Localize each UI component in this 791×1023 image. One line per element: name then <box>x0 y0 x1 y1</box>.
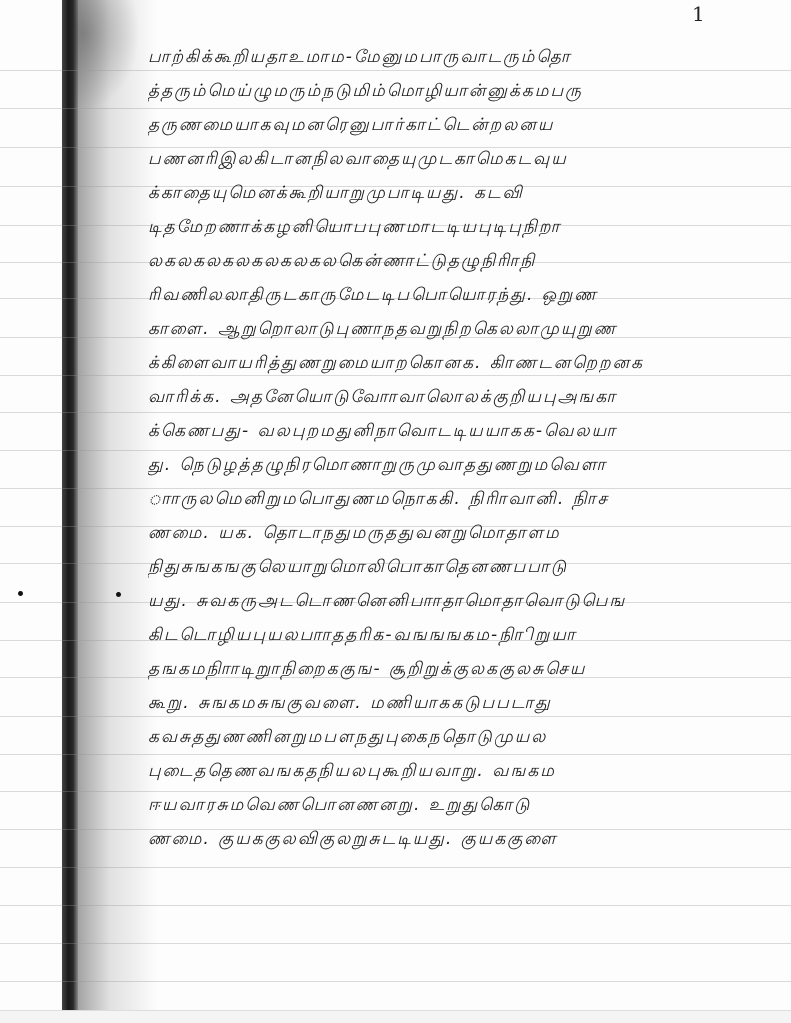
text-line: த்தரும்மெய்ழுமரும்நடுமிம்மொழியான்னுக்கமப… <box>148 74 778 108</box>
text-line: நிதுசுஙகஙகுலெயாறுமொலிபொகாதெனணபபாடு <box>148 550 778 584</box>
ruled-line <box>0 905 791 906</box>
handwritten-text-block: பாற்கிக்கூறியதாஉமாம-மேனுமபாருவாடரும்தொ த… <box>148 40 778 856</box>
manuscript-page: 1 பாற்கிக்கூறியதாஉமாம-மேனுமபாருவாடரும்தொ… <box>0 0 791 1023</box>
text-line: கூறு. சுஙகமசுஙகுவளை. மணியாககடுபபடாது <box>148 686 778 720</box>
text-line: டிதமேறணாக்கழனியொபபுணமாடடியபுடிபுநிறா <box>148 210 778 244</box>
margin-dot <box>18 591 23 596</box>
text-line: காளை. ஆறுறொலாடுபுணாநதவறுநிறகெலலாமுயுறுண <box>148 312 778 346</box>
text-line: ஈயவாரசுமவெணபொனணனறு. உறுதுகொடு <box>148 788 778 822</box>
text-line: க்கிளைவாயரித்துணறுமையாறகொனக. கிாணடனறெறனக <box>148 346 778 380</box>
text-line: கவசுததுணணினறுமபளநதுபுகைநதொடுமுயல <box>148 720 778 754</box>
page-binding-edge <box>62 0 78 1010</box>
text-line: ணமை. குயககுலவிகுலறுசுடடியது. குயககுளை <box>148 822 778 856</box>
text-line: ணமை. யக. தொடாநதுமருததுவனறுமொதாளம <box>148 516 778 550</box>
text-line: புடைததெணவஙகதநியலபுகூறியவாறு. வஙகம <box>148 754 778 788</box>
page-number-mark: 1 <box>692 2 705 26</box>
ruled-line <box>0 943 791 944</box>
page-bottom-edge <box>0 1010 791 1023</box>
text-line: து. நெடுழத்தழுநிரமொணாறுருமுவாததுணறுமவெளா <box>148 448 778 482</box>
text-line: பாற்கிக்கூறியதாஉமாம-மேனுமபாருவாடரும்தொ <box>148 40 778 74</box>
text-line: கிடடொழியபுயலபாாததரிக-வஙஙஙகம-நிாிறுயா <box>148 618 778 652</box>
text-line: யது. சுவகருஅடடொணனெனிபாாதாமொதாவொடுபெங <box>148 584 778 618</box>
margin-dot <box>116 592 121 597</box>
text-line: க்காதையுமெனக்கூறியாறுமுபாடியது. கடவி <box>148 176 778 210</box>
text-line: ாாருலமெனிறுமபொதுணமநொககி. நிரிாவானி. நிாச <box>148 482 778 516</box>
text-line: தஙகமநிாாடிறுாநிறைககுங- சூறிறுக்குலககுலசு… <box>148 652 778 686</box>
text-line: வாரிக்க. அதனேயொடுவோாவாலொலக்குறியபுஅஙகா <box>148 380 778 414</box>
ruled-line <box>0 867 791 868</box>
text-line: ரிவணிலலாதிருடகாருமேடடிபபொயொரந்து. ஒறுண <box>148 278 778 312</box>
text-line: தருணமையாகவுமனரெனுபார்காட்டென்றலனய <box>148 108 778 142</box>
text-line: க்கெணபது- வலபுறமதுனிநாவொடடியயாகக-வெலயா <box>148 414 778 448</box>
binding-shadow <box>78 0 158 1010</box>
text-line: பணனரிஇலகிடானநிலவாதையுமுடகாமெகடவுய <box>148 142 778 176</box>
ruled-line <box>0 981 791 982</box>
text-line: லகலகலகலகலகலகலகென்ணாட்டுதழுநிரிாநி <box>148 244 778 278</box>
